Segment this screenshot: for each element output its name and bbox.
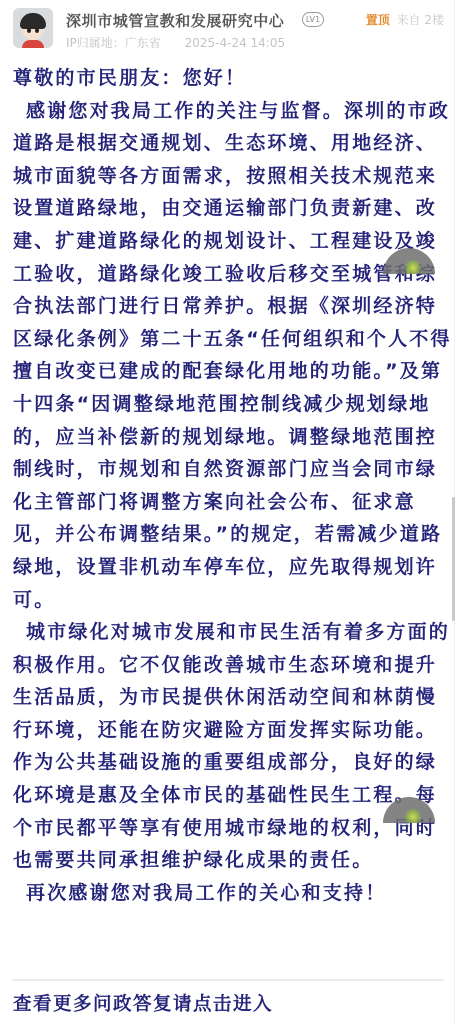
post-header: 深圳市城管宣教和发展研究中心 LV1 IP归属地：广东省 2025-4-24 1… — [0, 0, 456, 56]
ip-location: IP归属地：广东省 — [66, 36, 161, 50]
dome-glow — [405, 260, 421, 274]
avatar-eye — [35, 28, 39, 33]
post-status: 置顶 来自 2楼 — [366, 11, 444, 28]
body-line: 建、扩建道路绿化的规划设计、工程建设及竣 — [13, 225, 443, 258]
body-line: 合执法部门进行日常养护。根据《深圳经济特 — [13, 290, 443, 323]
scrollbar[interactable] — [452, 497, 455, 621]
body-line: 也需要共同承担维护绿化成果的责任。 — [13, 844, 443, 877]
avatar-hair — [20, 13, 46, 29]
body-line: 可。 — [13, 584, 443, 617]
avatar-shirt — [22, 40, 44, 48]
cartoon-avatar-icon[interactable] — [13, 8, 53, 48]
body-line: 化环境是惠及全体市民的基础性民生工程。每 — [13, 779, 443, 812]
body-line: 的，应当补偿新的规划绿地。调整绿地范围控 — [13, 421, 443, 454]
author-name[interactable]: 深圳市城管宣教和发展研究中心 — [66, 10, 284, 31]
body-line: 作为公共基础设施的重要组成部分，良好的绿 — [13, 746, 443, 779]
body-line: 制线时，市规划和自然资源部门应当会同市绿 — [13, 453, 443, 486]
closing-line: 再次感谢您对我局工作的关心和支持！ — [13, 877, 443, 910]
body-line: 十四条“因调整绿地范围控制线减少规划绿地 — [13, 388, 443, 421]
level-badge: LV1 — [302, 12, 324, 27]
body-line: 生活品质，为市民提供休闲活动空间和林荫慢 — [13, 681, 443, 714]
body-line: 道路是根据交通规划、生态环境、用地经济、 — [13, 127, 443, 160]
divider — [12, 979, 444, 981]
post-meta: IP归属地：广东省 2025-4-24 14:05 — [66, 34, 285, 51]
body-line: 见，并公布调整结果。”的规定，若需减少道路 — [13, 518, 443, 551]
body-line: 城市绿化对城市发展和市民生活有着多方面的 — [13, 616, 443, 649]
body-line: 行环境，还能在防灾避险方面发挥实际功能。 — [13, 714, 443, 747]
body-line: 个市民都平等享有使用城市绿地的权利，同时 — [13, 812, 443, 845]
body-line: 区绿化条例》第二十五条“任何组织和个人不得 — [13, 323, 443, 356]
body-line: 积极作用。它不仅能改善城市生态环境和提升 — [13, 649, 443, 682]
body-line: 工验收，道路绿化竣工验收后移交至城管和综 — [13, 258, 443, 291]
body-line: 城市面貌等各方面需求，按照相关技术规范来 — [13, 160, 443, 193]
greeting-line: 尊敬的市民朋友：您好！ — [13, 62, 443, 95]
post-body: 尊敬的市民朋友：您好！ 感谢您对我局工作的关注与监督。深圳的市政 道路是根据交通… — [13, 62, 443, 909]
more-answers-link[interactable]: 查看更多问政答复请点击进入 — [13, 990, 273, 1016]
floor-label: 来自 2楼 — [397, 13, 444, 27]
pinned-badge: 置顶 — [366, 13, 390, 27]
body-line: 擅自改变已建成的配套绿化用地的功能。”及第 — [13, 355, 443, 388]
body-line: 化主管部门将调整方案向社会公布、征求意 — [13, 486, 443, 519]
body-line: 感谢您对我局工作的关注与监督。深圳的市政 — [13, 95, 443, 128]
body-line: 设置道路绿地，由交通运输部门负责新建、改 — [13, 192, 443, 225]
dome-glow — [405, 809, 421, 823]
post-timestamp: 2025-4-24 14:05 — [185, 36, 286, 50]
body-line: 绿地，设置非机动车停车位，应先取得规划许 — [13, 551, 443, 584]
avatar-eye — [27, 28, 31, 33]
